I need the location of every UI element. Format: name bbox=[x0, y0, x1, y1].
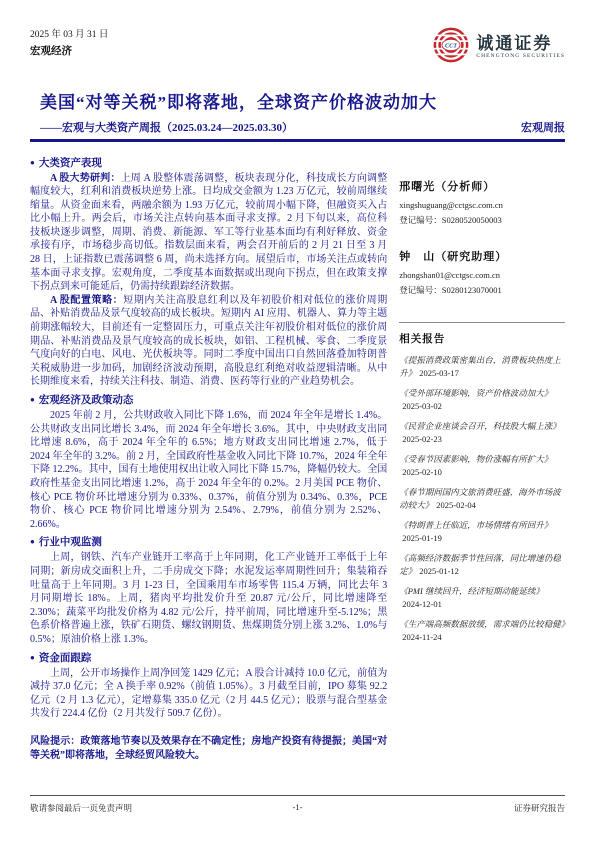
related-report-item: 《高频经济数据季节性回落，同比增速仍稳定》2025-01-12 bbox=[399, 552, 565, 578]
report-section: ●大类资产表现 A 股大势研判：上周 A 股整体震荡调整，板块表现分化，科技成长… bbox=[30, 155, 387, 390]
sidebar: 邢曙光（分析师） xingshuguang@cctgsc.com.cn 登记编号… bbox=[399, 152, 565, 763]
body-paragraph: 上周，公开市场操作上周净回笼 1429 亿元；A 股合计减持 10.0 亿元，前… bbox=[30, 667, 387, 721]
related-report-title: 《受春节因素影响，物价涨幅有所扩大》 bbox=[399, 454, 552, 464]
analyst-email: xingshuguang@cctgsc.com.cn bbox=[399, 200, 565, 210]
report-title: 美国“对等关税”即将落地，全球资产价格波动加大 bbox=[40, 88, 565, 113]
report-section: ●资金面跟踪 上周，公开市场操作上周净回笼 1429 亿元；A 股合计减持 10… bbox=[30, 650, 387, 721]
content-columns: ●大类资产表现 A 股大势研判：上周 A 股整体震荡调整，板块表现分化，科技成长… bbox=[30, 152, 565, 763]
section-heading: ●行业中观监测 bbox=[30, 534, 387, 549]
subtitle-row: ——宏观与大类资产周报（2025.03.24—2025.03.30） 宏观周报 bbox=[40, 119, 565, 135]
main-sections: ●大类资产表现 A 股大势研判：上周 A 股整体震荡调整，板块表现分化，科技成长… bbox=[30, 155, 387, 721]
logo-name-en: CHENGTONG SECURITIES bbox=[476, 53, 565, 60]
related-report-date: 2025-02-10 bbox=[402, 467, 442, 477]
body-paragraph: 上周，钢铁、汽车产业链开工率高于上年同期，化工产业链开工率低于上年同期；新房成交… bbox=[30, 551, 387, 646]
related-report-date: 2025-03-17 bbox=[419, 368, 459, 378]
page-footer: 敬请参阅最后一页免责声明 证券研究报告 -1- bbox=[30, 795, 565, 814]
analyst-name: 邢曙光（分析师） bbox=[399, 178, 565, 194]
analyst-name: 钟 山（研究助理） bbox=[399, 248, 565, 264]
related-report-item: 《特朗普上任临近，市场情绪有所回升》2025-01-19 bbox=[399, 519, 565, 545]
related-report-title: 《春节期间国内文旅消费旺盛，海外市场波动较大》 bbox=[399, 487, 561, 510]
logo-text: 诚通证券 CHENGTONG SECURITIES bbox=[476, 35, 565, 60]
analyst-list: 邢曙光（分析师） xingshuguang@cctgsc.com.cn 登记编号… bbox=[399, 178, 565, 296]
related-report-item: 《春节期间国内文旅消费旺盛，海外市场波动较大》2025-02-04 bbox=[399, 486, 565, 512]
section-bullet-icon: ● bbox=[30, 537, 35, 546]
report-header: 2025 年 03 月 31 日 宏观经济 bbox=[30, 0, 565, 76]
related-report-title: 《受外部环境影响，资产价格波动加大》 bbox=[399, 388, 552, 398]
report-type-label: 宏观周报 bbox=[521, 119, 565, 135]
related-reports-header: 相关报告 bbox=[399, 331, 565, 346]
report-subtitle: ——宏观与大类资产周报（2025.03.24—2025.03.30） bbox=[40, 119, 293, 135]
body-paragraph: A 股配置策略：短期内关注高股息红利以及年初股价相对低位的涨价周期品、补贴消费品… bbox=[30, 294, 387, 389]
analyst-registration-number: 登记编号：S0280123070001 bbox=[399, 284, 565, 296]
report-section: ●行业中观监测 上周，钢铁、汽车产业链开工率高于上年同期，化工产业链开工率低于上… bbox=[30, 534, 387, 646]
analyst-block: 邢曙光（分析师） xingshuguang@cctgsc.com.cn 登记编号… bbox=[399, 178, 565, 226]
related-report-title: 《民营企业座谈会召开，科技股大幅上涨》 bbox=[399, 421, 561, 431]
analyst-registration-number: 登记编号：S0280520050003 bbox=[399, 214, 565, 226]
logo-name-cn: 诚通证券 bbox=[476, 35, 565, 53]
section-bullet-icon: ● bbox=[30, 653, 35, 662]
risk-warning: 风险提示：政策落地节奏以及效果存在不确定性；房地产投资有待提振；美国“对等关税”… bbox=[30, 735, 387, 763]
related-report-title: 《生产端高频数据放缓，需求端仍比较稳健》 bbox=[399, 619, 569, 629]
related-report-date: 2025-02-04 bbox=[436, 500, 476, 510]
related-report-date: 2024-11-24 bbox=[402, 632, 441, 642]
related-report-date: 2025-01-19 bbox=[402, 533, 442, 543]
related-report-item: 《民营企业座谈会召开，科技股大幅上涨》2025-02-23 bbox=[399, 420, 565, 446]
body-paragraph: 2025 年前 2 月，公共财政收入同比下降 1.6%，而 2024 年全年是增… bbox=[30, 409, 387, 531]
page-number: -1- bbox=[30, 802, 565, 812]
logo-globe-icon: CCT bbox=[432, 26, 470, 69]
related-report-date: 2025-01-12 bbox=[419, 566, 459, 576]
page-content: 2025 年 03 月 31 日 宏观经济 bbox=[30, 0, 565, 763]
report-page: 2025 年 03 月 31 日 宏观经济 bbox=[0, 0, 595, 842]
section-heading: ●宏观经济及政策动态 bbox=[30, 392, 387, 407]
company-logo: CCT 诚通证券 CHENGTONG SECURITIES bbox=[432, 26, 565, 69]
footer-rule bbox=[30, 795, 565, 796]
section-bullet-icon: ● bbox=[30, 158, 35, 167]
report-section: ●宏观经济及政策动态 2025 年前 2 月，公共财政收入同比下降 1.6%，而… bbox=[30, 392, 387, 531]
related-report-item: 《受外部环境影响，资产价格波动加大》2025-03-02 bbox=[399, 387, 565, 413]
section-heading: ●资金面跟踪 bbox=[30, 650, 387, 665]
body-paragraph: A 股大势研判：上周 A 股整体震荡调整，板块表现分化，科技成长方向调整幅度较大… bbox=[30, 172, 387, 294]
related-report-date: 2024-12-01 bbox=[402, 599, 442, 609]
related-report-item: 《PMI 继续回升，经济短期动能延续》2024-12-01 bbox=[399, 585, 565, 611]
related-report-title: 《PMI 继续回升，经济短期动能延续》 bbox=[399, 586, 544, 596]
related-report-item: 《提振消费政策密集出台，消费板块热度上升》2025-03-17 bbox=[399, 354, 565, 380]
header-rule bbox=[30, 139, 565, 142]
analyst-email: zhongshan01@cctgsc.com.cn bbox=[399, 270, 565, 280]
logo-badge-text: CCT bbox=[445, 43, 457, 49]
related-reports-list: 《提振消费政策密集出台，消费板块热度上升》2025-03-17 《受外部环境影响… bbox=[399, 354, 565, 644]
related-report-item: 《生产端高频数据放缓，需求端仍比较稳健》2024-11-24 bbox=[399, 618, 565, 644]
related-report-title: 《特朗普上任临近，市场情绪有所回升》 bbox=[399, 520, 552, 530]
sidebar-divider bbox=[399, 322, 565, 323]
related-report-date: 2025-02-23 bbox=[402, 434, 442, 444]
section-bullet-icon: ● bbox=[30, 395, 35, 404]
related-report-item: 《受春节因素影响，物价涨幅有所扩大》2025-02-10 bbox=[399, 453, 565, 479]
section-heading: ●大类资产表现 bbox=[30, 155, 387, 170]
related-report-date: 2025-03-02 bbox=[402, 401, 442, 411]
main-column: ●大类资产表现 A 股大势研判：上周 A 股整体震荡调整，板块表现分化，科技成长… bbox=[30, 152, 387, 763]
analyst-block: 钟 山（研究助理） zhongshan01@cctgsc.com.cn 登记编号… bbox=[399, 248, 565, 296]
